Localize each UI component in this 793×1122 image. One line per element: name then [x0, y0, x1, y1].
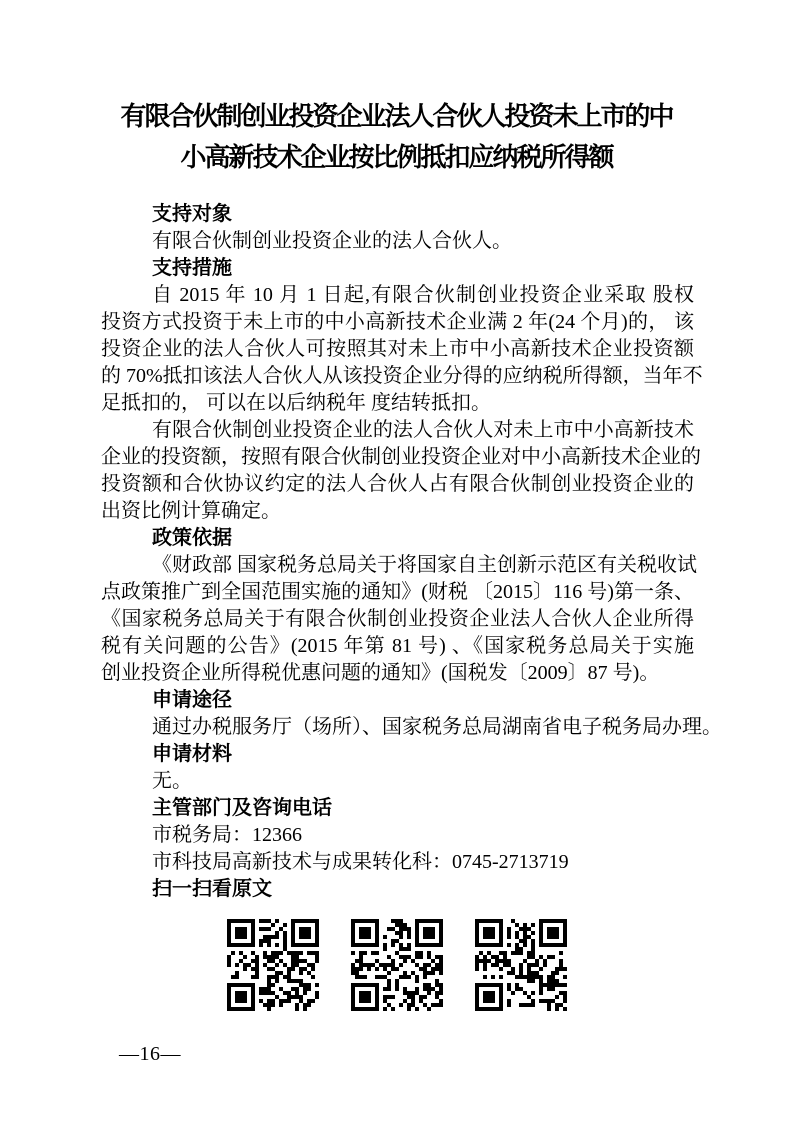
paragraph-line: 有限合伙制创业投资企业的法人合伙人对未上市中小高新技术	[101, 417, 694, 444]
document-body: 支持对象 有限合伙制创业投资企业的法人合伙人。 支持措施 自 2015 年 10…	[0, 201, 793, 903]
paragraph-line: 自 2015 年 10 月 1 日起,有限合伙制创业投资企业采取 股权	[101, 282, 694, 309]
paragraph-line: 点政策推广到全国范围实施的通知》(财税 〔2015〕116 号)第一条、	[101, 579, 694, 606]
contact-line-science-bureau: 市科技局高新技术与成果转化科：0745-2713719	[101, 849, 694, 876]
application-channel-body: 通过办税服务厅（场所）、国家税务总局湖南省电子税务局办理。	[101, 714, 694, 741]
paragraph-line: 的 70%抵扣该法人合伙人从该投资企业分得的应纳税所得额，当年不	[101, 363, 694, 390]
qr-code-row	[0, 919, 793, 1011]
qr-code-3	[475, 919, 567, 1011]
section-heading-support-measures: 支持措施	[101, 255, 694, 282]
section-heading-application-channel: 申请途径	[101, 687, 694, 714]
application-materials-body: 无。	[101, 768, 694, 795]
qr-code-2	[351, 919, 443, 1011]
page-title-line1: 有限合伙制创业投资企业法人合伙人投资未上市的中	[0, 96, 793, 137]
section-heading-support-target: 支持对象	[101, 201, 694, 228]
paragraph-line: 创业投资企业所得税优惠问题的通知》(国税发〔2009〕87 号)。	[101, 660, 694, 687]
page-number: —16—	[0, 1043, 793, 1066]
support-target-body: 有限合伙制创业投资企业的法人合伙人。	[101, 228, 694, 255]
section-heading-policy-basis: 政策依据	[101, 525, 694, 552]
contact-line-tax-bureau: 市税务局：12366	[101, 822, 694, 849]
qr-code-1	[227, 919, 319, 1011]
paragraph-line: 企业的投资额，按照有限合伙制创业投资企业对中小高新技术企业的	[101, 444, 694, 471]
paragraph-line: 《财政部 国家税务总局关于将国家自主创新示范区有关税收试	[101, 552, 694, 579]
paragraph-line: 足抵扣的， 可以在以后纳税年 度结转抵扣。	[101, 390, 694, 417]
paragraph-line: 出资比例计算确定。	[101, 498, 694, 525]
paragraph-line: 投资额和合伙协议约定的法人合伙人占有限合伙制创业投资企业的	[101, 471, 694, 498]
section-heading-scan-qr: 扫一扫看原文	[101, 876, 694, 903]
document-page: 有限合伙制创业投资企业法人合伙人投资未上市的中 小高新技术企业按比例抵扣应纳税所…	[0, 0, 793, 1122]
paragraph-line: 投资企业的法人合伙人可按照其对未上市中小高新技术企业投资额	[101, 336, 694, 363]
paragraph-line: 《国家税务总局关于有限合伙制创业投资企业法人合伙人企业所得	[101, 606, 694, 633]
page-title: 有限合伙制创业投资企业法人合伙人投资未上市的中 小高新技术企业按比例抵扣应纳税所…	[0, 0, 793, 178]
section-heading-departments: 主管部门及咨询电话	[101, 795, 694, 822]
paragraph-line: 投资方式投资于未上市的中小高新技术企业满 2 年(24 个月)的， 该	[101, 309, 694, 336]
section-heading-application-materials: 申请材料	[101, 741, 694, 768]
paragraph-line: 税有关问题的公告》(2015 年第 81 号) 、《国家税务总局关于实施	[101, 633, 694, 660]
page-title-line2: 小高新技术企业按比例抵扣应纳税所得额	[0, 137, 793, 178]
